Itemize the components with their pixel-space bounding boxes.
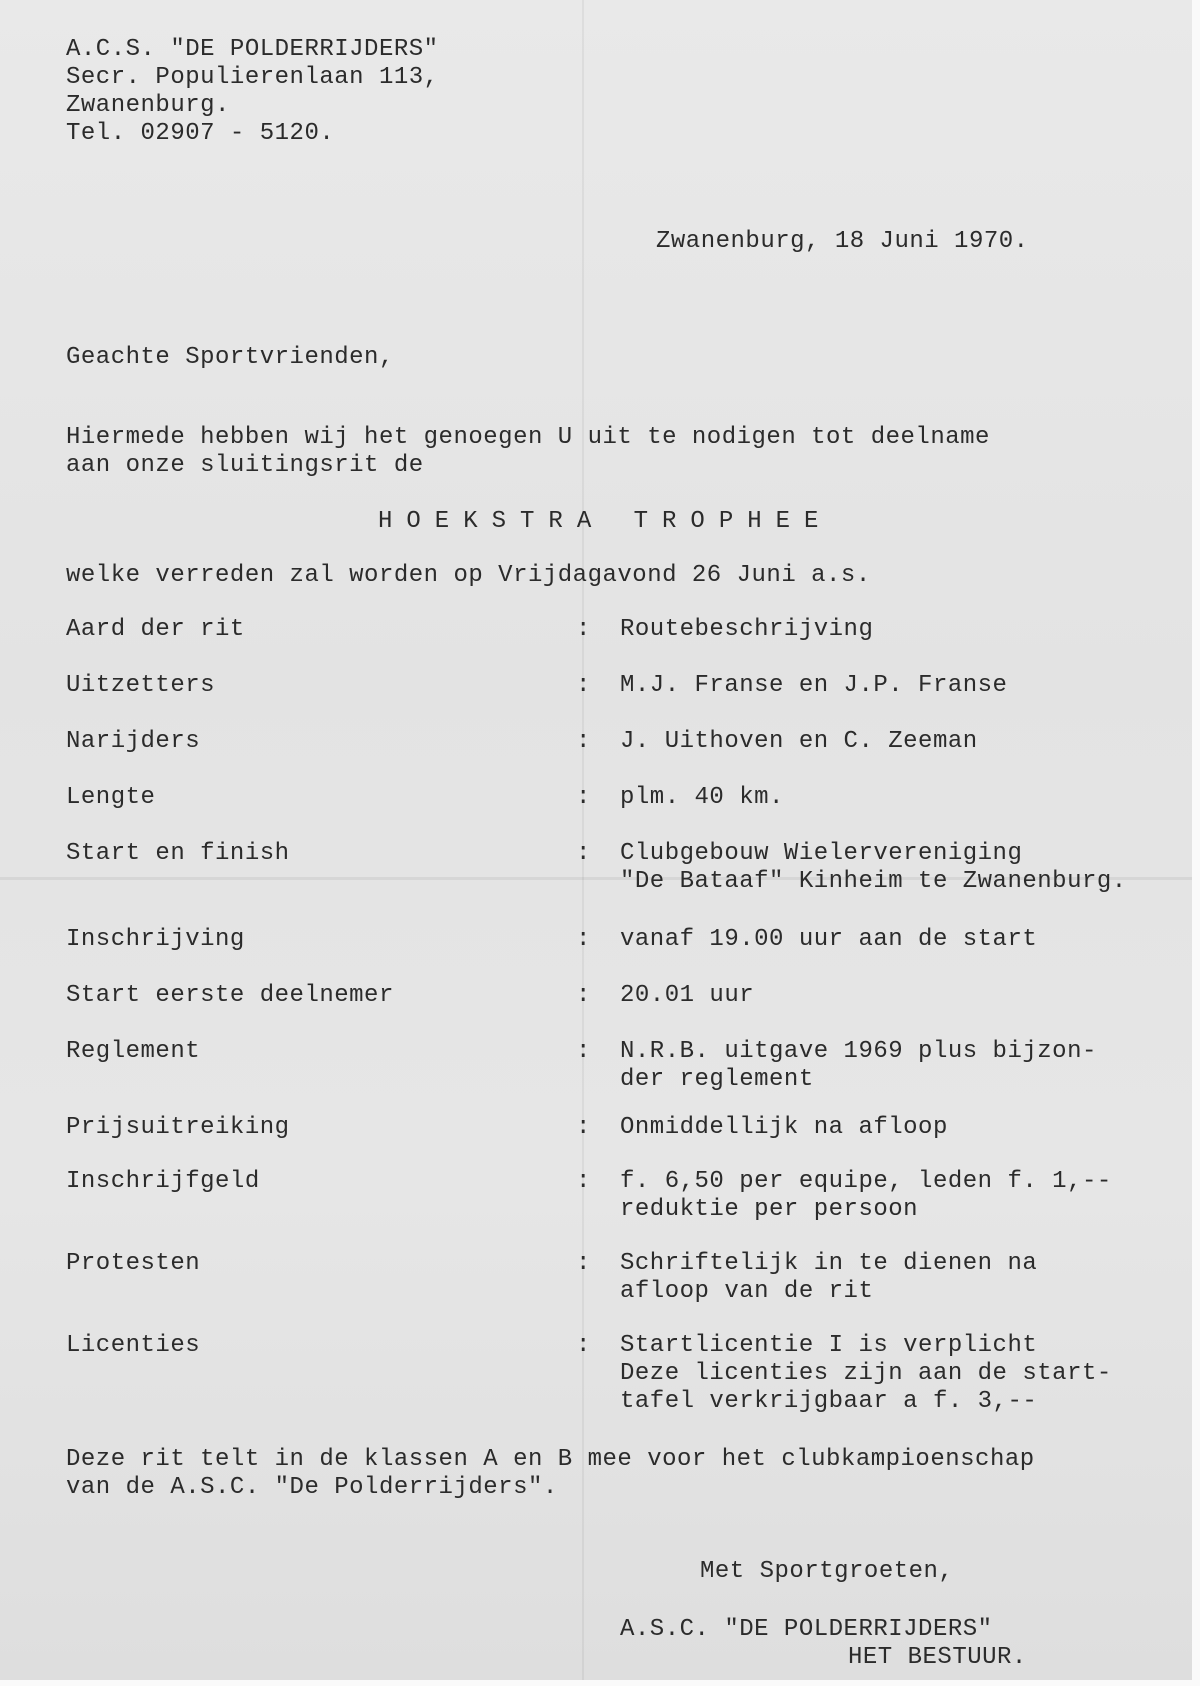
detail-value: Schriftelijk in te dienen na [620, 1250, 1037, 1278]
detail-separator: : [576, 1114, 591, 1142]
detail-value: Deze licenties zijn aan de start- [620, 1360, 1112, 1388]
detail-value: Onmiddellijk na afloop [620, 1114, 948, 1142]
detail-separator: : [576, 1168, 591, 1196]
detail-label: Uitzetters [66, 672, 215, 700]
closing-line-2: van de A.S.C. "De Polderrijders". [66, 1474, 558, 1502]
detail-label: Start eerste deelnemer [66, 982, 394, 1010]
detail-value: Clubgebouw Wielervereniging [620, 840, 1022, 868]
detail-value: plm. 40 km. [620, 784, 784, 812]
detail-value: f. 6,50 per equipe, leden f. 1,-- [620, 1168, 1112, 1196]
detail-value: Startlicentie I is verplicht [620, 1332, 1037, 1360]
event-title: HOEKSTRA TROPHEE [378, 508, 832, 536]
detail-label: Licenties [66, 1332, 200, 1360]
detail-separator: : [576, 1332, 591, 1360]
detail-separator: : [576, 672, 591, 700]
salutation: Geachte Sportvrienden, [66, 344, 394, 372]
intro-line-2: aan onze sluitingsrit de [66, 452, 424, 480]
detail-value: der reglement [620, 1066, 814, 1094]
detail-label: Narijders [66, 728, 200, 756]
date-line: Zwanenburg, 18 Juni 1970. [656, 228, 1029, 256]
detail-value: reduktie per persoon [620, 1196, 918, 1224]
signoff-board: HET BESTUUR. [848, 1644, 1027, 1672]
detail-label: Aard der rit [66, 616, 245, 644]
detail-separator: : [576, 840, 591, 868]
detail-label: Inschrijfgeld [66, 1168, 260, 1196]
detail-value: afloop van de rit [620, 1278, 873, 1306]
detail-value: tafel verkrijgbaar a f. 3,-- [620, 1388, 1037, 1416]
detail-value: M.J. Franse en J.P. Franse [620, 672, 1007, 700]
letterhead-address: Secr. Populierenlaan 113, [66, 64, 439, 92]
detail-separator: : [576, 616, 591, 644]
detail-label: Lengte [66, 784, 155, 812]
letterhead-org: A.C.S. "DE POLDERRIJDERS" [66, 36, 439, 64]
detail-separator: : [576, 926, 591, 954]
detail-value: J. Uithoven en C. Zeeman [620, 728, 978, 756]
detail-label: Prijsuitreiking [66, 1114, 290, 1142]
detail-label: Protesten [66, 1250, 200, 1278]
detail-label: Start en finish [66, 840, 290, 868]
page-edge [0, 1680, 1200, 1686]
letter-page: A.C.S. "DE POLDERRIJDERS" Secr. Populier… [0, 0, 1200, 1686]
detail-value: 20.01 uur [620, 982, 754, 1010]
detail-separator: : [576, 1250, 591, 1278]
detail-label: Reglement [66, 1038, 200, 1066]
letterhead-phone: Tel. 02907 - 5120. [66, 120, 334, 148]
intro-line-1: Hiermede hebben wij het genoegen U uit t… [66, 424, 990, 452]
signoff-greeting: Met Sportgroeten, [700, 1558, 953, 1586]
signoff-org: A.S.C. "DE POLDERRIJDERS" [620, 1616, 993, 1644]
detail-separator: : [576, 982, 591, 1010]
detail-value: Routebeschrijving [620, 616, 873, 644]
detail-value: "De Bataaf" Kinheim te Zwanenburg. [620, 868, 1127, 896]
letterhead-city: Zwanenburg. [66, 92, 230, 120]
detail-separator: : [576, 784, 591, 812]
detail-label: Inschrijving [66, 926, 245, 954]
detail-value: N.R.B. uitgave 1969 plus bijzon- [620, 1038, 1097, 1066]
detail-value: vanaf 19.00 uur aan de start [620, 926, 1037, 954]
detail-separator: : [576, 728, 591, 756]
page-edge [1192, 0, 1200, 1686]
closing-line-1: Deze rit telt in de klassen A en B mee v… [66, 1446, 1035, 1474]
event-date-line: welke verreden zal worden op Vrijdagavon… [66, 562, 871, 590]
detail-separator: : [576, 1038, 591, 1066]
